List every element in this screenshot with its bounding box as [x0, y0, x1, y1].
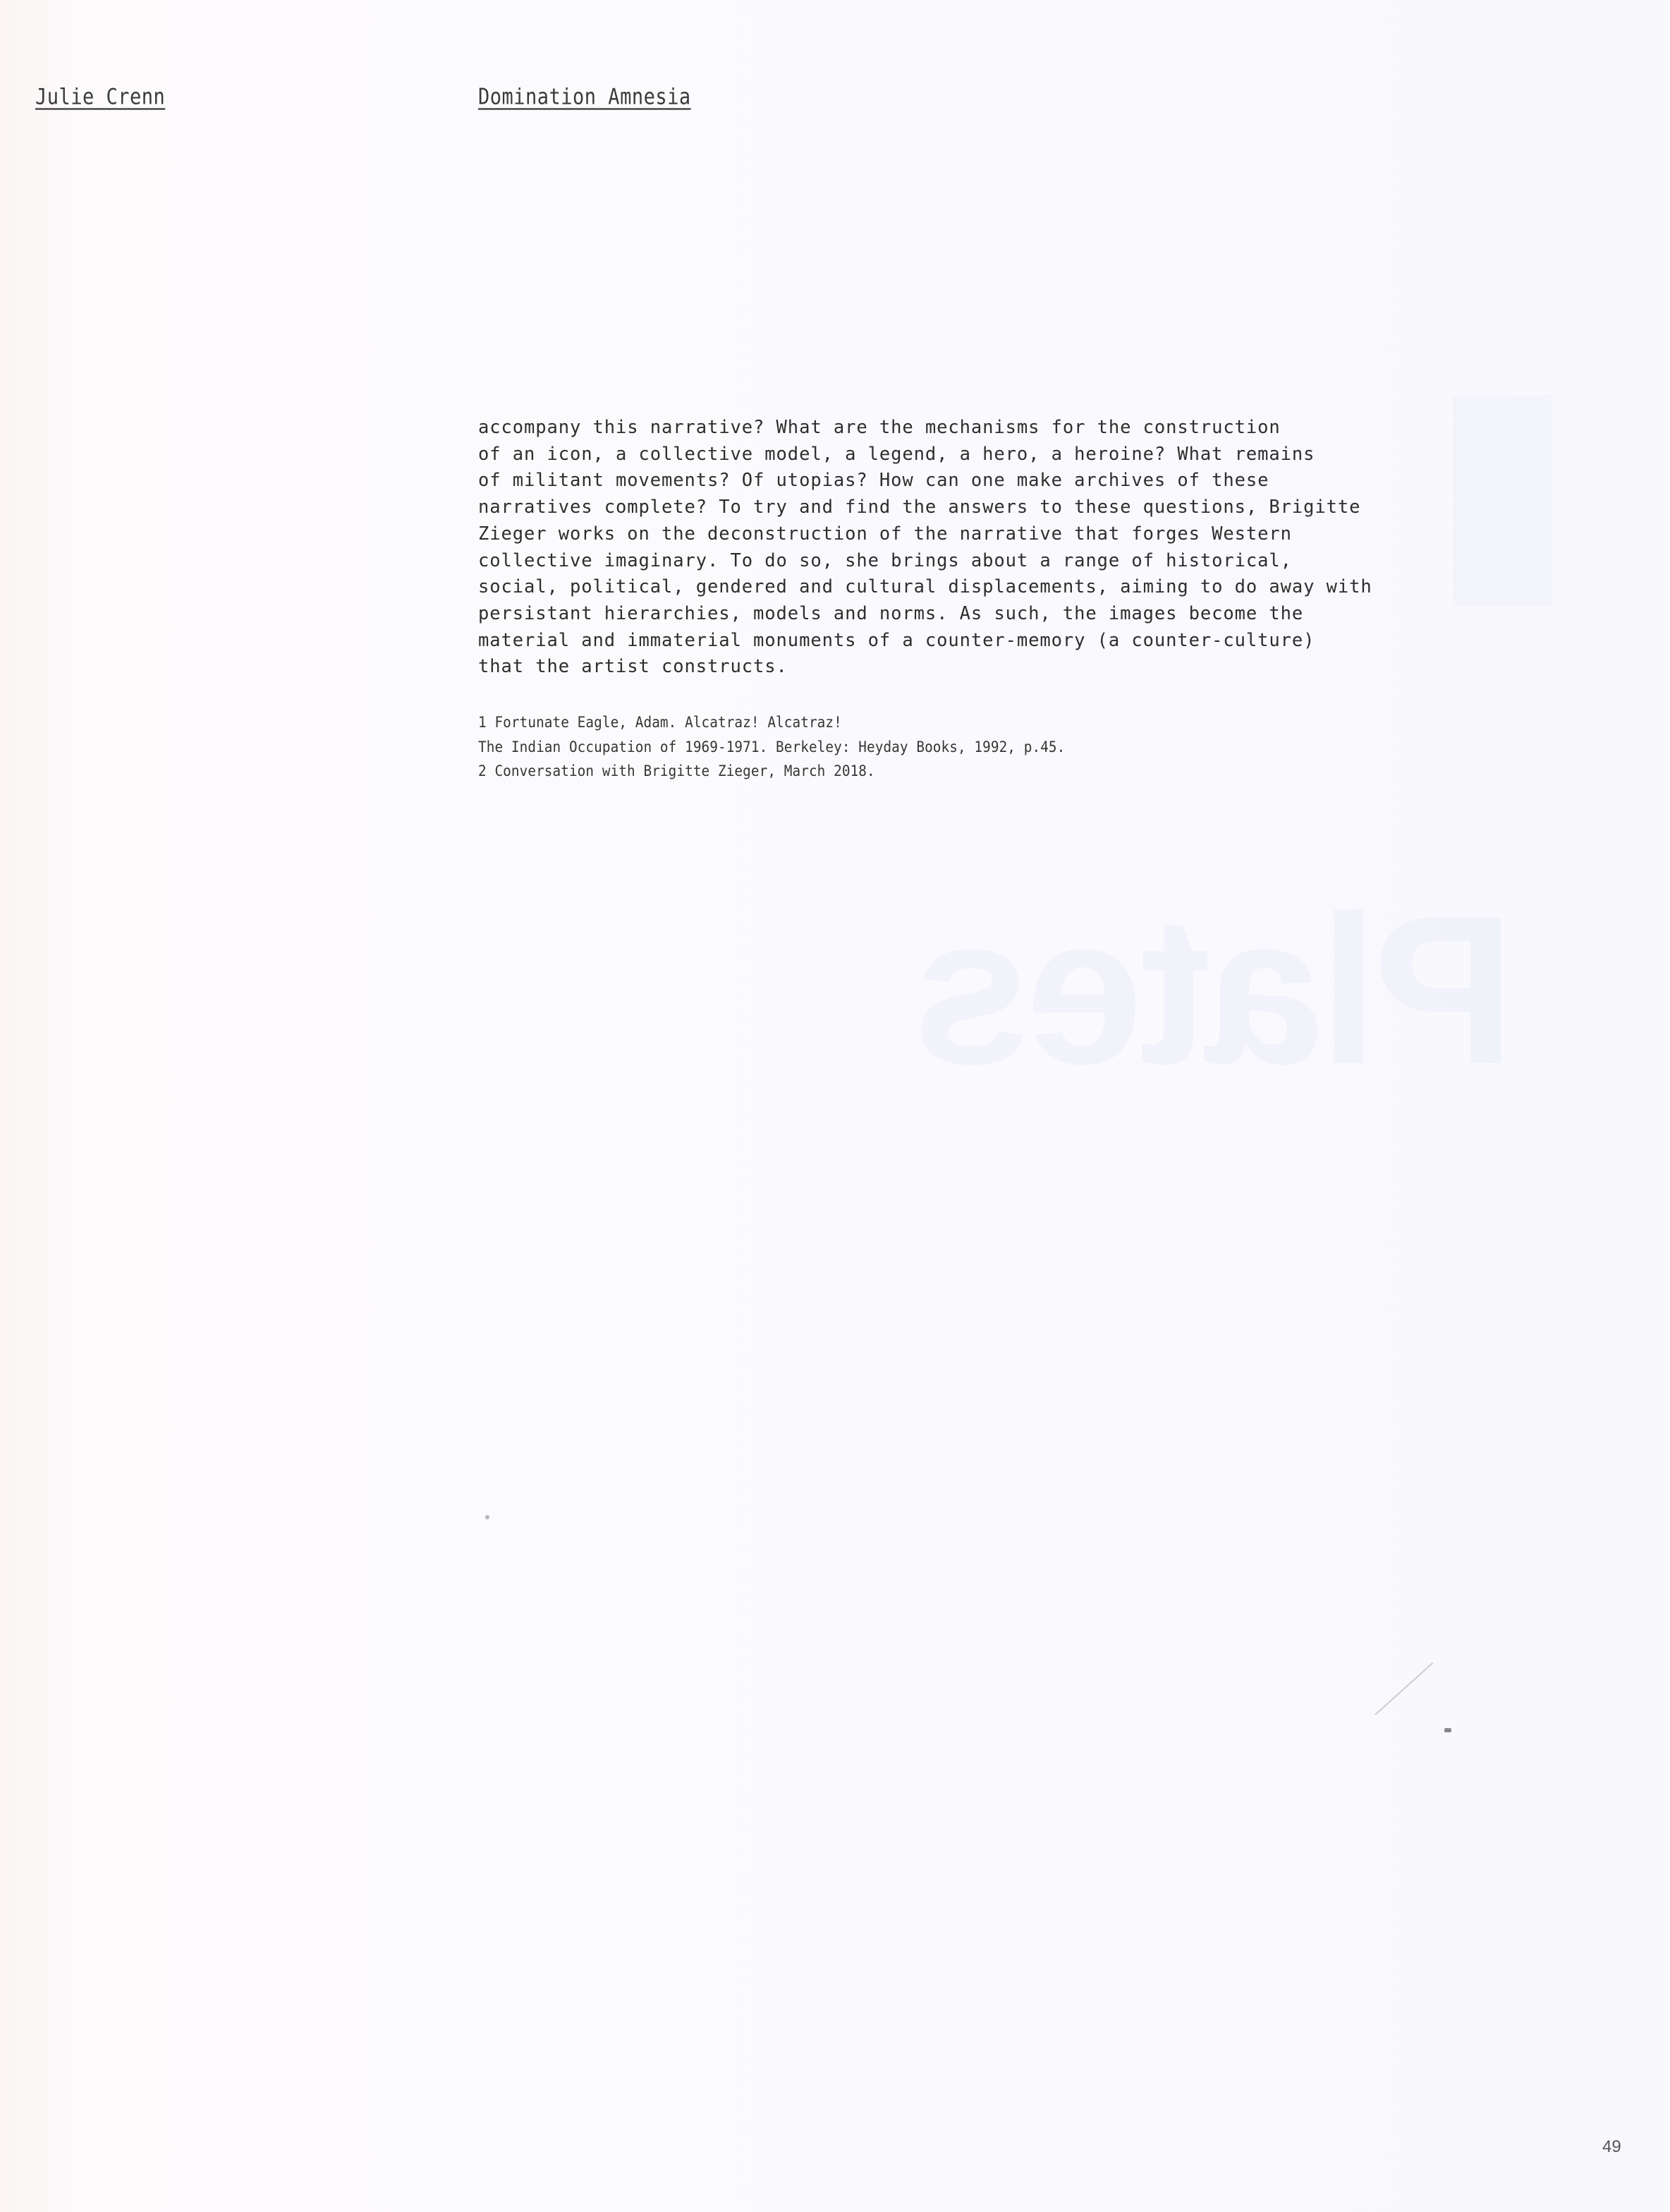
- footnotes: 1 Fortunate Eagle, Adam. Alcatraz! Alcat…: [478, 710, 1065, 784]
- body-line: that the artist constructs.: [478, 654, 1578, 681]
- body-line: social, political, gendered and cultural…: [478, 574, 1578, 601]
- footnote-1-continued: The Indian Occupation of 1969-1971. Berk…: [478, 735, 1065, 760]
- body-line: accompany this narrative? What are the m…: [478, 415, 1578, 442]
- scan-speck: [485, 1515, 489, 1519]
- pencil-mark: [1375, 1663, 1433, 1715]
- body-paragraph: accompany this narrative? What are the m…: [478, 415, 1578, 681]
- body-line: narratives complete? To try and find the…: [478, 494, 1578, 521]
- running-header-title: Domination Amnesia: [478, 85, 691, 110]
- body-line: collective imaginary. To do so, she brin…: [478, 548, 1578, 575]
- body-line: persistant hierarchies, models and norms…: [478, 601, 1578, 628]
- body-line: material and immaterial monuments of a c…: [478, 628, 1578, 655]
- show-through-plates-text: Plates: [917, 868, 1515, 1112]
- running-header-author: Julie Crenn: [35, 85, 165, 110]
- body-line: of militant movements? Of utopias? How c…: [478, 468, 1578, 494]
- page-number: 49: [1602, 2137, 1621, 2157]
- body-line: Zieger works on the deconstruction of th…: [478, 521, 1578, 548]
- body-line: of an icon, a collective model, a legend…: [478, 442, 1578, 468]
- footnote-2: 2 Conversation with Brigitte Zieger, Mar…: [478, 759, 1065, 784]
- footnote-1: 1 Fortunate Eagle, Adam. Alcatraz! Alcat…: [478, 710, 1065, 735]
- pencil-mark-dot: [1444, 1728, 1451, 1732]
